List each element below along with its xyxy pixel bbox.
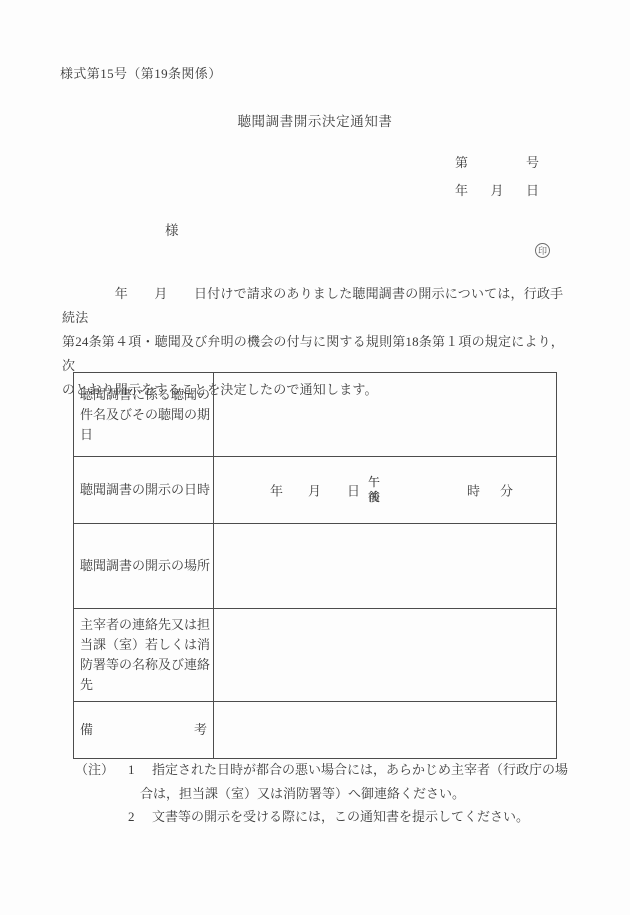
table-row-contact: 主宰者の連絡先又は担当課（室）若しくは消防署等の名称及び連絡先	[74, 609, 556, 702]
body-line: 年 月 日付けで請求のありました聴聞調書の開示については，行政手続法	[62, 282, 574, 330]
hour-label: 時	[467, 481, 480, 500]
document-number-line: 第 号	[455, 152, 539, 171]
notes-label: （注）	[75, 762, 128, 778]
pm-label: 午後	[368, 475, 380, 505]
row-label-text: 聴聞調書の開示の場所	[80, 556, 212, 576]
body-line: 第24条第４項・聴聞及び弁明の機会の付与に関する規則第18条第１項の規定により，…	[62, 330, 574, 378]
remarks-label-right: 考	[194, 720, 207, 740]
row-label: 聴聞調書の開示の場所	[74, 524, 214, 608]
row-label-text: 聴聞調書の開示の日時	[80, 480, 212, 500]
seal-icon: 印	[535, 243, 550, 258]
row-label: 備 考	[74, 702, 214, 758]
table-row-disclosure-datetime: 聴聞調書の開示の日時 年 月 日 午前 午後 時 分	[74, 457, 556, 524]
page-title: 聴聞調書開示決定通知書	[0, 110, 630, 130]
note-2-line-1: 2 文書等の開示を受ける際には，この通知書を提示してください。	[128, 809, 529, 825]
row-label: 主宰者の連絡先又は担当課（室）若しくは消防署等の名称及び連絡先	[74, 609, 214, 701]
table-row-remarks: 備 考	[74, 702, 556, 758]
remarks-value-cell	[214, 702, 556, 758]
note-1-line-2: 合は，担当課（室）又は消防署等）へ御連絡ください。	[140, 786, 465, 802]
month-label: 月	[490, 180, 503, 199]
table-row-disclosure-place: 聴聞調書の開示の場所	[74, 524, 556, 609]
month-label: 月	[308, 481, 321, 500]
note-1-text: 指定された日時が都合の悪い場合には，あらかじめ主宰者（行政庁の場	[152, 762, 568, 778]
addressee-label: 様	[165, 219, 179, 239]
year-label: 年	[455, 180, 468, 199]
note-2-text: 文書等の開示を受ける際には，この通知書を提示してください。	[152, 809, 529, 825]
row-label-text: 主宰者の連絡先又は担当課（室）若しくは消防署等の名称及び連絡先	[80, 615, 212, 695]
day-label: 日	[347, 481, 360, 500]
doc-number-suffix: 号	[526, 152, 539, 171]
day-label: 日	[526, 180, 539, 199]
remarks-label-left: 備	[80, 720, 93, 740]
disclosure-datetime-value-cell: 年 月 日 午前 午後 時 分	[214, 457, 556, 523]
form-number: 様式第15号（第19条関係）	[60, 63, 222, 82]
row-label: 聴聞調書に係る聴聞の件名及びその聴聞の期日	[74, 373, 214, 456]
doc-number-prefix: 第	[455, 152, 468, 171]
year-label: 年	[270, 481, 283, 500]
disclosure-place-value-cell	[214, 524, 556, 608]
disclosure-table: 聴聞調書に係る聴聞の件名及びその聴聞の期日 聴聞調書の開示の日時 年 月 日 午…	[73, 372, 557, 759]
issue-date-line: 年 月 日	[455, 180, 539, 199]
row-label: 聴聞調書の開示の日時	[74, 457, 214, 523]
hearing-subject-value-cell	[214, 373, 556, 456]
note-1-number: 1	[128, 762, 152, 778]
note-1-line-1: （注） 1 指定された日時が都合の悪い場合には，あらかじめ主宰者（行政庁の場	[75, 762, 568, 778]
note-1-continuation: 合は，担当課（室）又は消防署等）へ御連絡ください。	[140, 786, 465, 802]
note-2-number: 2	[128, 809, 152, 825]
minute-label: 分	[500, 481, 513, 500]
row-label-text: 聴聞調書に係る聴聞の件名及びその聴聞の期日	[80, 385, 212, 445]
seal-character: 印	[538, 244, 547, 257]
contact-value-cell	[214, 609, 556, 701]
table-row-hearing-subject: 聴聞調書に係る聴聞の件名及びその聴聞の期日	[74, 373, 556, 457]
